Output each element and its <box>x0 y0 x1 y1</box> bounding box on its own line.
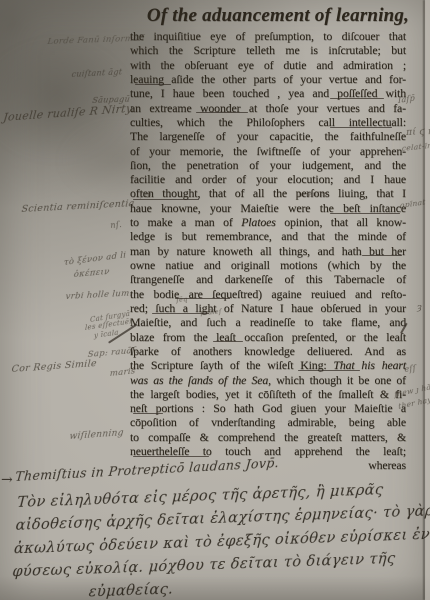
handwritten-margin-note: Scientia reminiſcentia <box>21 198 135 215</box>
printed-text-line: the inquiſitiue eye of preſumption, to d… <box>130 29 406 43</box>
line-segment: ſion, the penetration of your iudgement,… <box>130 158 406 172</box>
line-segment-italic: Platoes <box>241 215 276 229</box>
line-segment: ledge is but remembrance, and that the m… <box>130 229 406 243</box>
printed-text-line: the largeſt bodies, yet it cōſiſteth of … <box>130 387 406 401</box>
printed-text-line: The largeneſſe of your capacitie, the fa… <box>130 129 406 143</box>
hand-underline <box>133 199 199 200</box>
handwritten-margin-note: brīentes <box>298 189 328 199</box>
line-segment: an extreame woonder at thoſe your vertue… <box>130 101 406 115</box>
hand-underline <box>196 112 248 113</box>
hand-underline <box>152 313 209 314</box>
handwritten-margin-note: τὸ ξένον ad li <box>64 250 126 268</box>
printed-text-line: with the obſeruant eye of dutie and admi… <box>130 58 406 72</box>
handwritten-margin-note: ὀκέπειν <box>73 267 109 280</box>
line-segment: of your memorie, the ſwiftneſſe of your … <box>130 144 406 158</box>
printed-text-line: to make a man of Platoes opinion, that a… <box>130 215 406 229</box>
hand-underline <box>330 98 384 99</box>
hand-underline <box>298 370 360 371</box>
printed-text-line: the bodie are ſequeſtred) againe reuiued… <box>130 287 406 301</box>
printed-text-line: leauing aſide the other parts of your ve… <box>130 72 406 86</box>
printed-text-line: neſt portions : So hath God giuen your M… <box>130 401 406 415</box>
line-segment: Maieſtie, and ſuch a readineſſe to take … <box>130 315 406 329</box>
printed-text-line: blaze from the leaſt occaſion preſented,… <box>130 330 406 344</box>
printed-text-line: of your memorie, the ſwiftneſſe of your … <box>130 144 406 158</box>
printed-text-line: cōpoſition of vnderſtanding admirable, b… <box>130 415 406 429</box>
handwritten-margin-note: wiſilenning <box>69 428 124 442</box>
handwritten-margin-note: Jouelle rualiſe R Nirty. <box>3 102 136 124</box>
printed-text-line: facilitie and order of your elocution; a… <box>130 172 406 186</box>
handwritten-margin-note: ſēq <box>176 295 188 304</box>
line-segment: with the obſeruant eye of dutie and admi… <box>130 58 406 72</box>
printed-text-line: an extreame woonder at thoſe your vertue… <box>130 101 406 115</box>
handwritten-margin-note: vrbi holle lum. <box>65 288 133 302</box>
handwritten-margin-note: πί ϛ η <box>406 127 430 138</box>
line-segment: ſparke of anothers knowledge deliuered. … <box>130 344 406 358</box>
line-segment: The largeneſſe of your capacitie, the fa… <box>130 129 406 143</box>
handwritten-margin-note: Iaſp̄ <box>398 94 415 105</box>
line-segment: leauing aſide the other parts of your ve… <box>130 72 406 86</box>
line-segment: the bodie are ſequeſtred) againe reuiued… <box>130 287 406 301</box>
handwritten-margin-note: eſſ <box>404 364 416 374</box>
printed-text-line: to compaſſe & comprehend the greateſt ma… <box>130 430 406 444</box>
running-title: Of the aduancement of learning, <box>128 5 428 27</box>
line-segment: cōpoſition of vnderſtanding admirable, b… <box>130 415 406 429</box>
hand-underline <box>330 127 392 128</box>
handwritten-margin-note: nſ. <box>110 220 122 230</box>
line-segment: facilitie and order of your elocution; a… <box>130 172 406 186</box>
line-segment-italic: was as the ſands of the Sea, <box>130 373 271 387</box>
printed-text-line: ledge is but remembrance, and that the m… <box>130 229 406 243</box>
hand-underline <box>135 84 171 85</box>
handwritten-greek-quotation: Τὸν εἰληλυθότα εἰς μέρος τῆς ἀρετῆς, ἢ μ… <box>10 478 420 600</box>
line-segment: owne natiue and originall motions (which… <box>130 258 406 272</box>
line-segment: blaze from the leaſt occaſion preſented,… <box>130 330 406 344</box>
printed-text-block: the inquiſitiue eye of preſumption, to d… <box>130 29 406 473</box>
printed-text-line: owne natiue and originall motions (which… <box>130 258 406 272</box>
printed-text-line: the Scripture ſayth of the wiſeſt King: … <box>130 358 406 372</box>
handwritten-margin-note: ſap̄ <box>140 190 152 199</box>
line-segment: which though it be one of <box>271 373 406 387</box>
printed-text-line: was as the ſands of the Sea, which thoug… <box>130 373 406 387</box>
hand-underline <box>330 213 400 214</box>
printed-text-line: ſion, the penetration of your iudgement,… <box>130 158 406 172</box>
book-page-scan: Of the aduancement of learning, the inqu… <box>0 0 430 600</box>
printed-text-line: which the Scripture telleth me is inſcru… <box>130 43 406 57</box>
line-segment: the inquiſitiue eye of preſumption, to d… <box>130 29 406 43</box>
line-segment: which the Scripture telleth me is inſcru… <box>130 43 406 57</box>
printed-text-line: ſtrangeneſſe and darkeneſſe of this Tabe… <box>130 272 406 286</box>
line-segment: to compaſſe & comprehend the greateſt ma… <box>130 430 406 444</box>
line-segment: opinion, that all know- <box>276 215 406 229</box>
printed-text-line: Maieſtie, and ſuch a readineſſe to take … <box>130 315 406 329</box>
line-segment: ſtrangeneſſe and darkeneſſe of this Tabe… <box>130 272 406 286</box>
handwritten-margin-note: cuiſtant āgt <box>71 67 122 79</box>
line-segment: neſt portions : So hath God giuen your M… <box>130 401 406 415</box>
hand-underline <box>175 298 230 299</box>
hand-underline <box>362 255 402 256</box>
line-segment: the largeſt bodies, yet it cōſiſteth of … <box>130 387 406 401</box>
printed-text-line: ſparke of anothers knowledge deliuered. … <box>130 344 406 358</box>
line-segment: to make a man of <box>130 215 241 229</box>
hand-underline <box>133 413 163 414</box>
arrow-mark: → <box>1 472 13 488</box>
hand-underline <box>133 456 209 457</box>
handwritten-margin-note: Cor Regis Simile <box>11 358 97 375</box>
hand-underline <box>213 341 243 342</box>
handwritten-margin-note: ȝ <box>417 303 422 313</box>
